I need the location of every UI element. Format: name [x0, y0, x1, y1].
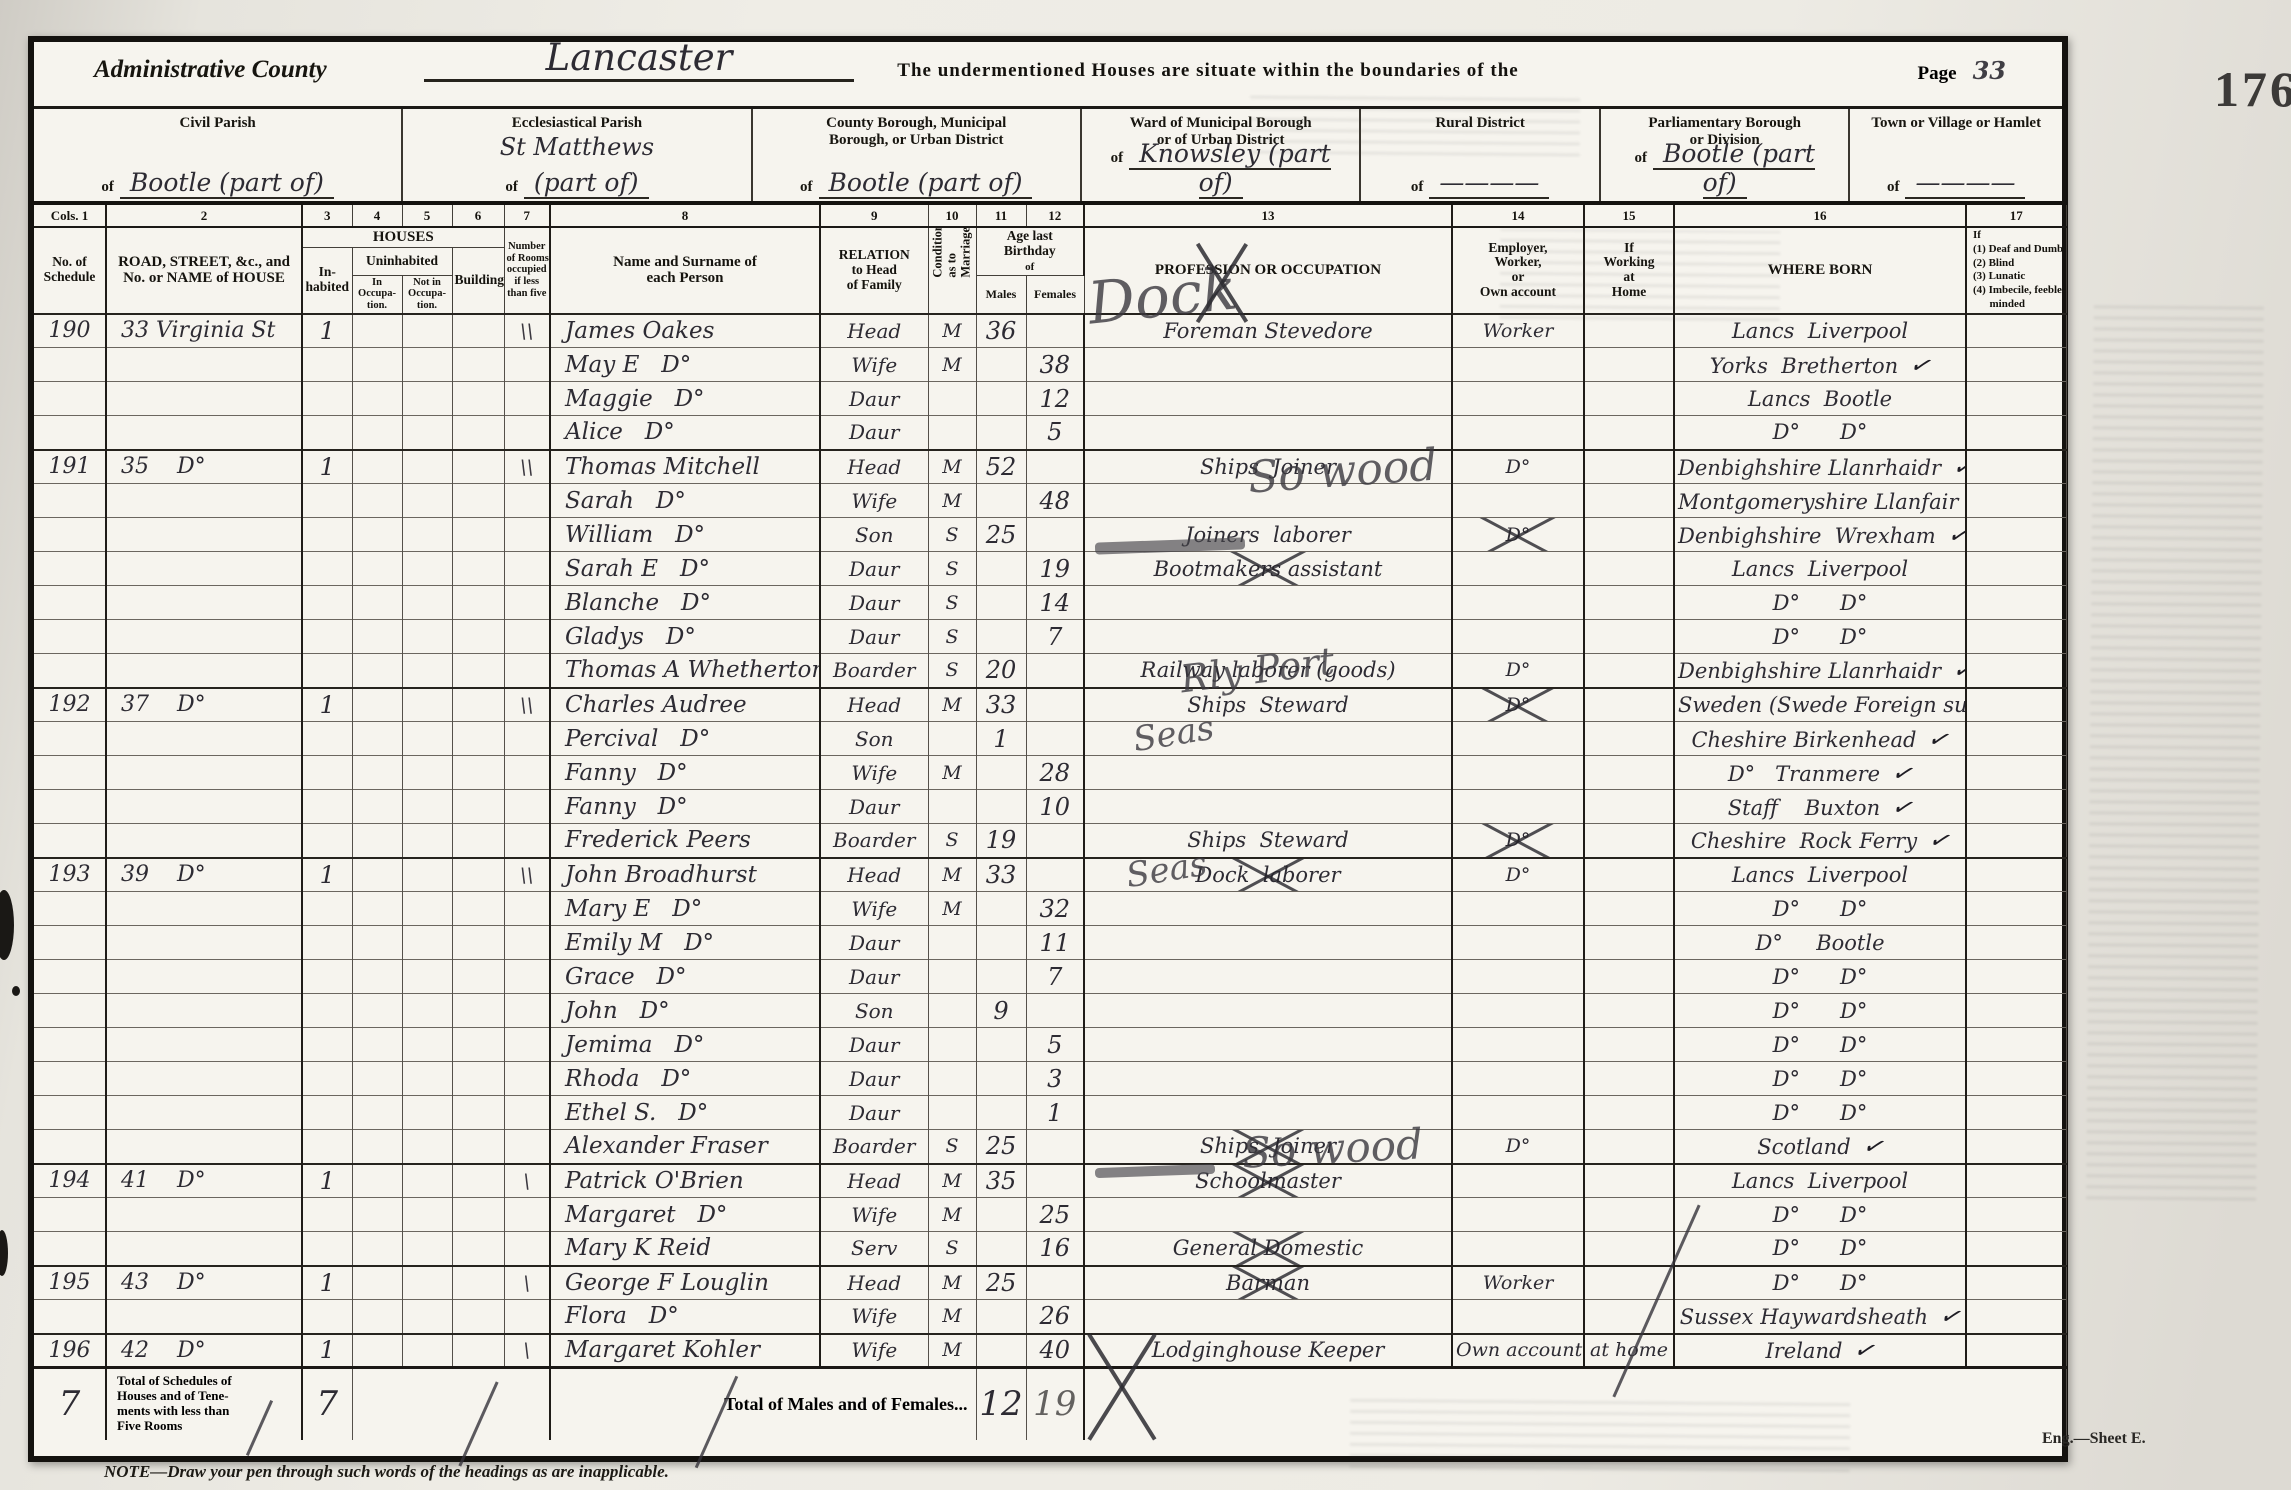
cell-am: [976, 382, 1026, 416]
cell-inf: [1966, 1334, 2066, 1368]
cell-sch: [34, 382, 106, 416]
district-label: County Borough, Municipal Borough, or Ur…: [753, 115, 1080, 149]
cell-inh: [302, 1130, 352, 1164]
cell-am: [976, 790, 1026, 824]
cell-rel: Wife: [820, 1334, 928, 1368]
district-handwritten-value: ————: [1905, 168, 2025, 199]
cell-house: [106, 790, 302, 824]
cell-house: 42 D°: [106, 1334, 302, 1368]
cell-born: D° D°: [1674, 416, 1966, 450]
cell-rel: Wife: [820, 756, 928, 790]
cell-notocc: [402, 960, 452, 994]
cell-occ: [1084, 1096, 1452, 1130]
cell-inh: 1: [302, 314, 352, 348]
cell-born: D° D°: [1674, 1198, 1966, 1232]
cell-cond: M: [928, 1164, 976, 1198]
cell-inf: [1966, 1232, 2066, 1266]
cell-emp: [1452, 552, 1584, 586]
cell-inh: [302, 824, 352, 858]
cell-am: [976, 1232, 1026, 1266]
cell-name: Percival D°: [550, 722, 820, 756]
cell-inocc: [352, 314, 402, 348]
cell-cond: [928, 416, 976, 450]
person-row-23: Rhoda D°Daur3D° D°: [34, 1062, 2066, 1096]
cell-notocc: [402, 1198, 452, 1232]
cell-occ: [1084, 722, 1452, 756]
person-row-27: Margaret D°WifeM25D° D°: [34, 1198, 2066, 1232]
cell-sch: [34, 1232, 106, 1266]
cell-home: [1584, 926, 1674, 960]
district-handwritten-value: Bootle (part of): [819, 168, 1033, 199]
district-value: ofBootle (part of): [42, 168, 393, 197]
cell-occ: Bootmakers assistant: [1084, 552, 1452, 586]
cell-sch: [34, 1198, 106, 1232]
cell-inocc: [352, 450, 402, 484]
cell-af: [1026, 1266, 1084, 1300]
cell-af: 16: [1026, 1232, 1084, 1266]
cell-home: [1584, 688, 1674, 722]
footer-empty-houses: [352, 1368, 550, 1440]
district-5: Parliamentary Borough or DivisionofBootl…: [1601, 109, 1851, 201]
cell-notocc: [402, 1164, 452, 1198]
cell-name: James Oakes: [550, 314, 820, 348]
cell-inh: [302, 1096, 352, 1130]
cell-inocc: [352, 348, 402, 382]
cell-home: [1584, 382, 1674, 416]
checker-tick-mark: ✓: [1937, 1300, 1962, 1332]
cell-am: [976, 926, 1026, 960]
cell-cond: M: [928, 1198, 976, 1232]
cell-inocc: [352, 1130, 402, 1164]
cell-am: 20: [976, 654, 1026, 688]
cell-emp: [1452, 892, 1584, 926]
col-header-uninhabited: Uninhabited: [352, 247, 452, 275]
cell-inocc: [352, 790, 402, 824]
cell-notocc: [402, 994, 452, 1028]
cell-occ: [1084, 1028, 1452, 1062]
cell-emp: [1452, 960, 1584, 994]
cell-name: Sarah E D°: [550, 552, 820, 586]
cell-born: Montgomeryshire Llanfair✓: [1674, 484, 1966, 518]
cell-notocc: [402, 1130, 452, 1164]
males-total-value: 12: [976, 1368, 1026, 1440]
cell-born: D° D°: [1674, 892, 1966, 926]
col-header-males: Males: [976, 275, 1026, 313]
cell-rel: Son: [820, 722, 928, 756]
cell-sch: [34, 348, 106, 382]
person-row-14: Fanny D°WifeM28D° Tranmere✓: [34, 756, 2066, 790]
person-row-30: Flora D°WifeM26Sussex Haywardsheath✓: [34, 1300, 2066, 1334]
cell-bldg: [452, 926, 504, 960]
cell-inh: [302, 382, 352, 416]
person-row-19: Emily M D°Daur11D° Bootle: [34, 926, 2066, 960]
cell-occ: Ships Joiner: [1084, 1130, 1452, 1164]
person-row-24: Ethel S. D°Daur1D° D°: [34, 1096, 2066, 1130]
of-label: of: [800, 179, 813, 195]
cell-name: Grace D°: [550, 960, 820, 994]
cell-home: [1584, 1130, 1674, 1164]
cell-am: 33: [976, 688, 1026, 722]
cell-rel: Daur: [820, 382, 928, 416]
cell-rel: Daur: [820, 586, 928, 620]
cell-home: [1584, 1164, 1674, 1198]
cell-emp: [1452, 586, 1584, 620]
col-header-in-occupation: In Occupa- tion.: [352, 275, 402, 313]
cell-born: Scotland✓: [1674, 1130, 1966, 1164]
cell-bldg: [452, 994, 504, 1028]
cell-sch: 196: [34, 1334, 106, 1368]
cell-cond: M: [928, 858, 976, 892]
cell-rooms: [504, 552, 550, 586]
footer-note: NOTE—Draw your pen through such words of…: [104, 1462, 669, 1482]
cell-inh: [302, 518, 352, 552]
cell-bldg: [452, 1232, 504, 1266]
page-number-box: Page33: [1918, 56, 2006, 85]
cell-rel: Wife: [820, 1300, 928, 1334]
cell-name: May E D°: [550, 348, 820, 382]
cell-inf: [1966, 450, 2066, 484]
cell-cond: [928, 722, 976, 756]
cell-sch: [34, 484, 106, 518]
district-2: County Borough, Municipal Borough, or Ur…: [753, 109, 1082, 201]
cell-emp: [1452, 722, 1584, 756]
cell-af: 11: [1026, 926, 1084, 960]
scan-smudge: [0, 890, 14, 960]
cell-home: [1584, 756, 1674, 790]
cell-rel: Boarder: [820, 1130, 928, 1164]
cell-inocc: [352, 654, 402, 688]
admin-county-label: Administrative County: [94, 56, 327, 84]
cell-bldg: [452, 314, 504, 348]
cell-occ: Ships Steward: [1084, 824, 1452, 858]
person-row-22: Jemima D°Daur5D° D°: [34, 1028, 2066, 1062]
males-females-total-label: Total of Males and of Females...: [550, 1368, 976, 1440]
cell-cond: [928, 1096, 976, 1130]
cell-occ: General Domestic: [1084, 1232, 1452, 1266]
district-label: Town or Village or Hamlet: [1850, 115, 2062, 132]
females-total-value: 19: [1026, 1368, 1084, 1440]
cell-inh: 1: [302, 1266, 352, 1300]
cell-occ: Railway laborer (goods): [1084, 654, 1452, 688]
cell-am: 35: [976, 1164, 1026, 1198]
cell-born: Denbighshire Llanrhaidr✓: [1674, 654, 1966, 688]
cell-cond: M: [928, 450, 976, 484]
cell-notocc: [402, 824, 452, 858]
cell-rooms: [504, 926, 550, 960]
cell-rel: Daur: [820, 1096, 928, 1130]
cell-bldg: [452, 416, 504, 450]
col-header-relation: RELATION to Head of Family: [820, 227, 928, 314]
cell-born: D° D°: [1674, 1062, 1966, 1096]
cell-inocc: [352, 1198, 402, 1232]
cell-inf: [1966, 348, 2066, 382]
cell-born: D° Tranmere✓: [1674, 756, 1966, 790]
cell-name: Alice D°: [550, 416, 820, 450]
cell-name: Sarah D°: [550, 484, 820, 518]
cell-occ: Foreman Stevedore: [1084, 314, 1452, 348]
cell-inocc: [352, 1266, 402, 1300]
district-handwritten-value: (part of): [524, 168, 649, 199]
cell-emp: [1452, 484, 1584, 518]
cell-bldg: [452, 1334, 504, 1368]
cell-born: Staff Buxton✓: [1674, 790, 1966, 824]
of-label: of: [1411, 179, 1424, 195]
checker-tick-mark: ✓: [1926, 723, 1951, 755]
person-row-7: William D°SonS25Joiners laborerD°Denbigh…: [34, 518, 2066, 552]
cell-inf: [1966, 790, 2066, 824]
cell-rooms: [504, 1130, 550, 1164]
cell-name: Margaret Kohler: [550, 1334, 820, 1368]
cell-af: [1026, 994, 1084, 1028]
cell-born: D° D°: [1674, 960, 1966, 994]
cell-emp: [1452, 790, 1584, 824]
cell-sch: [34, 960, 106, 994]
cell-inocc: [352, 994, 402, 1028]
ink-bleedthrough: [1250, 94, 1581, 157]
cell-inf: [1966, 1028, 2066, 1062]
col-header-condition: Condition as to Marriage: [928, 227, 976, 314]
column-number-17: 17: [1966, 205, 2066, 227]
cell-occ: [1084, 484, 1452, 518]
cell-home: [1584, 960, 1674, 994]
cell-rel: Daur: [820, 620, 928, 654]
cell-cond: [928, 1062, 976, 1096]
cell-af: 5: [1026, 416, 1084, 450]
cell-bldg: [452, 1266, 504, 1300]
cell-occ: [1084, 1198, 1452, 1232]
cell-bldg: [452, 858, 504, 892]
cell-af: [1026, 858, 1084, 892]
cell-home: [1584, 1232, 1674, 1266]
cell-bldg: [452, 586, 504, 620]
page-label: Page: [1918, 63, 1957, 84]
cell-cond: [928, 790, 976, 824]
cell-notocc: [402, 858, 452, 892]
cell-occ: [1084, 892, 1452, 926]
column-numbers-row: Cols. 1234567891011121314151617: [34, 205, 2066, 227]
cell-cond: M: [928, 484, 976, 518]
cell-inh: [302, 790, 352, 824]
cell-born: Lancs Bootle: [1674, 382, 1966, 416]
cell-af: 3: [1026, 1062, 1084, 1096]
cell-sch: 195: [34, 1266, 106, 1300]
cell-emp: D°: [1452, 1130, 1584, 1164]
column-number-14: 14: [1452, 205, 1584, 227]
cell-home: [1584, 450, 1674, 484]
col-header-building: Building.: [452, 247, 504, 314]
cell-rooms: [504, 824, 550, 858]
person-row-4: Alice D°Daur5D° D°: [34, 416, 2066, 450]
cell-rooms: \\: [504, 450, 550, 484]
cell-name: Ethel S. D°: [550, 1096, 820, 1130]
cell-rel: Head: [820, 1266, 928, 1300]
cell-cond: S: [928, 586, 976, 620]
cell-name: Patrick O'Brien: [550, 1164, 820, 1198]
cell-home: [1584, 1266, 1674, 1300]
cell-bldg: [452, 1028, 504, 1062]
cell-emp: D°: [1452, 688, 1584, 722]
column-number-6: 6: [452, 205, 504, 227]
cell-emp: [1452, 926, 1584, 960]
cell-born: Cheshire Birkenhead✓: [1674, 722, 1966, 756]
checker-tick-mark: ✓: [1852, 1334, 1877, 1366]
cell-rel: Daur: [820, 926, 928, 960]
cell-bldg: [452, 756, 504, 790]
cell-inocc: [352, 1028, 402, 1062]
cell-inh: [302, 1062, 352, 1096]
cell-af: 19: [1026, 552, 1084, 586]
cell-sch: [34, 552, 106, 586]
cell-inh: [302, 620, 352, 654]
cell-am: [976, 892, 1026, 926]
cell-rooms: [504, 382, 550, 416]
cell-inh: [302, 892, 352, 926]
district-value: ofBootle (part of): [761, 168, 1072, 197]
cell-house: 33 Virginia St: [106, 314, 302, 348]
cell-rel: Wife: [820, 892, 928, 926]
cell-born: Yorks Bretherton✓: [1674, 348, 1966, 382]
cell-rooms: [504, 1198, 550, 1232]
cell-sch: 192: [34, 688, 106, 722]
cell-af: 25: [1026, 1198, 1084, 1232]
cell-born: Sussex Haywardsheath✓: [1674, 1300, 1966, 1334]
cell-notocc: [402, 1232, 452, 1266]
column-number-13: 13: [1084, 205, 1452, 227]
cell-rel: Boarder: [820, 824, 928, 858]
cell-am: [976, 416, 1026, 450]
cell-occ: [1084, 1300, 1452, 1334]
folio-stamp: 176: [2214, 60, 2291, 118]
cell-occ: [1084, 756, 1452, 790]
cell-af: [1026, 688, 1084, 722]
cell-af: [1026, 824, 1084, 858]
cell-notocc: [402, 450, 452, 484]
cell-name: Mary K Reid: [550, 1232, 820, 1266]
cell-am: [976, 586, 1026, 620]
cell-inocc: [352, 416, 402, 450]
person-row-21: John D°Son9D° D°: [34, 994, 2066, 1028]
cell-emp: [1452, 1300, 1584, 1334]
person-row-17: 19339 D°1\\John BroadhurstHeadM33Dock la…: [34, 858, 2066, 892]
cell-bldg: [452, 654, 504, 688]
cell-am: 36: [976, 314, 1026, 348]
district-value: of————: [1369, 168, 1591, 197]
col-header-females: Females: [1026, 275, 1084, 313]
cell-am: [976, 756, 1026, 790]
cell-af: 28: [1026, 756, 1084, 790]
cell-house: 35 D°: [106, 450, 302, 484]
cell-house: [106, 382, 302, 416]
cell-bldg: [452, 348, 504, 382]
cell-home: [1584, 858, 1674, 892]
cell-inf: [1966, 552, 2066, 586]
cell-inocc: [352, 552, 402, 586]
cell-sch: 190: [34, 314, 106, 348]
cell-house: [106, 348, 302, 382]
cell-sch: [34, 722, 106, 756]
cell-inf: [1966, 1096, 2066, 1130]
cell-af: 5: [1026, 1028, 1084, 1062]
cell-house: [106, 586, 302, 620]
cell-inocc: [352, 824, 402, 858]
cell-home: [1584, 1198, 1674, 1232]
cell-born: D° D°: [1674, 1096, 1966, 1130]
margin-schedule-total: 7: [34, 1368, 106, 1440]
cell-inf: [1966, 314, 2066, 348]
cell-af: 10: [1026, 790, 1084, 824]
cell-sch: [34, 586, 106, 620]
cell-inocc: [352, 1096, 402, 1130]
cell-house: [106, 620, 302, 654]
cell-emp: D°: [1452, 450, 1584, 484]
cell-bldg: [452, 960, 504, 994]
column-number-10: 10: [928, 205, 976, 227]
person-row-26: 19441 D°1\Patrick O'BrienHeadM35Schoolma…: [34, 1164, 2066, 1198]
person-row-12: 19237 D°1\\Charles AudreeHeadM33Ships St…: [34, 688, 2066, 722]
checker-tick-mark: ✓: [1860, 1130, 1885, 1162]
of-label: of: [1887, 179, 1900, 195]
sheet-reference: Eng.—Sheet E.: [2042, 1430, 2146, 1448]
cell-inf: [1966, 1300, 2066, 1334]
cell-house: [106, 1232, 302, 1266]
cell-occ: [1084, 926, 1452, 960]
cell-cond: S: [928, 1130, 976, 1164]
checker-tick-mark: ✓: [1908, 349, 1933, 381]
checker-tick-mark: ✓: [1926, 824, 1951, 856]
cell-name: Rhoda D°: [550, 1062, 820, 1096]
cell-rel: Wife: [820, 348, 928, 382]
cell-occ: Joiners laborer: [1084, 518, 1452, 552]
cell-name: Blanche D°: [550, 586, 820, 620]
cell-house: 41 D°: [106, 1164, 302, 1198]
person-row-9: Blanche D°DaurS14D° D°: [34, 586, 2066, 620]
cell-sch: [34, 1028, 106, 1062]
census-table: Cols. 1234567891011121314151617 No. of S…: [34, 205, 2067, 1440]
cell-occ: [1084, 1062, 1452, 1096]
cell-bldg: [452, 450, 504, 484]
cell-home: [1584, 484, 1674, 518]
cell-inh: 1: [302, 450, 352, 484]
cell-home: [1584, 1300, 1674, 1334]
cell-occ: Ships Joiner: [1084, 450, 1452, 484]
cell-rooms: [504, 1062, 550, 1096]
cell-sch: [34, 790, 106, 824]
cell-occ: [1084, 416, 1452, 450]
cell-home: [1584, 586, 1674, 620]
cell-rooms: [504, 484, 550, 518]
cell-occ: [1084, 620, 1452, 654]
cell-inh: [302, 926, 352, 960]
cell-rooms: [504, 416, 550, 450]
cell-notocc: [402, 722, 452, 756]
cell-am: [976, 1096, 1026, 1130]
cell-rooms: [504, 518, 550, 552]
district-0: Civil ParishofBootle (part of): [34, 109, 403, 201]
cell-bldg: [452, 1164, 504, 1198]
cell-born: D° D°: [1674, 1266, 1966, 1300]
cell-sch: [34, 416, 106, 450]
cell-inh: [302, 552, 352, 586]
cell-rooms: [504, 756, 550, 790]
col-header-road: ROAD, STREET, &c., and No. or NAME of HO…: [106, 227, 302, 314]
cell-name: Charles Audree: [550, 688, 820, 722]
cell-born: Lancs Liverpool: [1674, 1164, 1966, 1198]
cell-rooms: [504, 1096, 550, 1130]
cell-cond: M: [928, 314, 976, 348]
district-label: Civil Parish: [34, 115, 401, 132]
cell-name: William D°: [550, 518, 820, 552]
cell-inh: [302, 484, 352, 518]
